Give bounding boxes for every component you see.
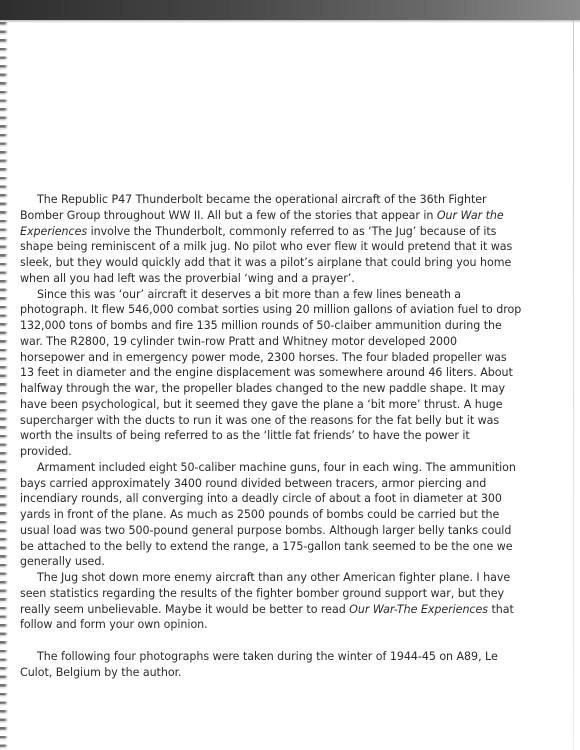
page-right-edge <box>573 20 574 750</box>
text-segment: Armament included eight 50-caliber machi… <box>20 461 516 569</box>
spiral-binding-icon <box>0 22 8 750</box>
scan-top-shadow <box>0 0 580 20</box>
text-segment: The Republic P47 Thunderbolt became the … <box>20 193 487 222</box>
text-segment: involve the Thunderbolt, commonly referr… <box>20 225 512 285</box>
document-body: The Republic P47 Thunderbolt became the … <box>20 192 522 680</box>
paragraph-photographs-note: The following four photographs were take… <box>20 649 522 681</box>
paragraph-jug-record: The Jug shot down more enemy aircraft th… <box>20 570 522 633</box>
paragraph-aircraft-stats: Since this was ‘our’ aircraft it deserve… <box>20 287 522 460</box>
paragraph-armament: Armament included eight 50-caliber machi… <box>20 460 522 570</box>
paragraph-thunderbolt-intro: The Republic P47 Thunderbolt became the … <box>20 192 522 287</box>
text-segment: Since this was ‘our’ aircraft it deserve… <box>20 288 521 459</box>
book-title-italic: Our War-The Experiences <box>349 603 488 616</box>
text-segment: The following four photographs were take… <box>20 650 498 679</box>
